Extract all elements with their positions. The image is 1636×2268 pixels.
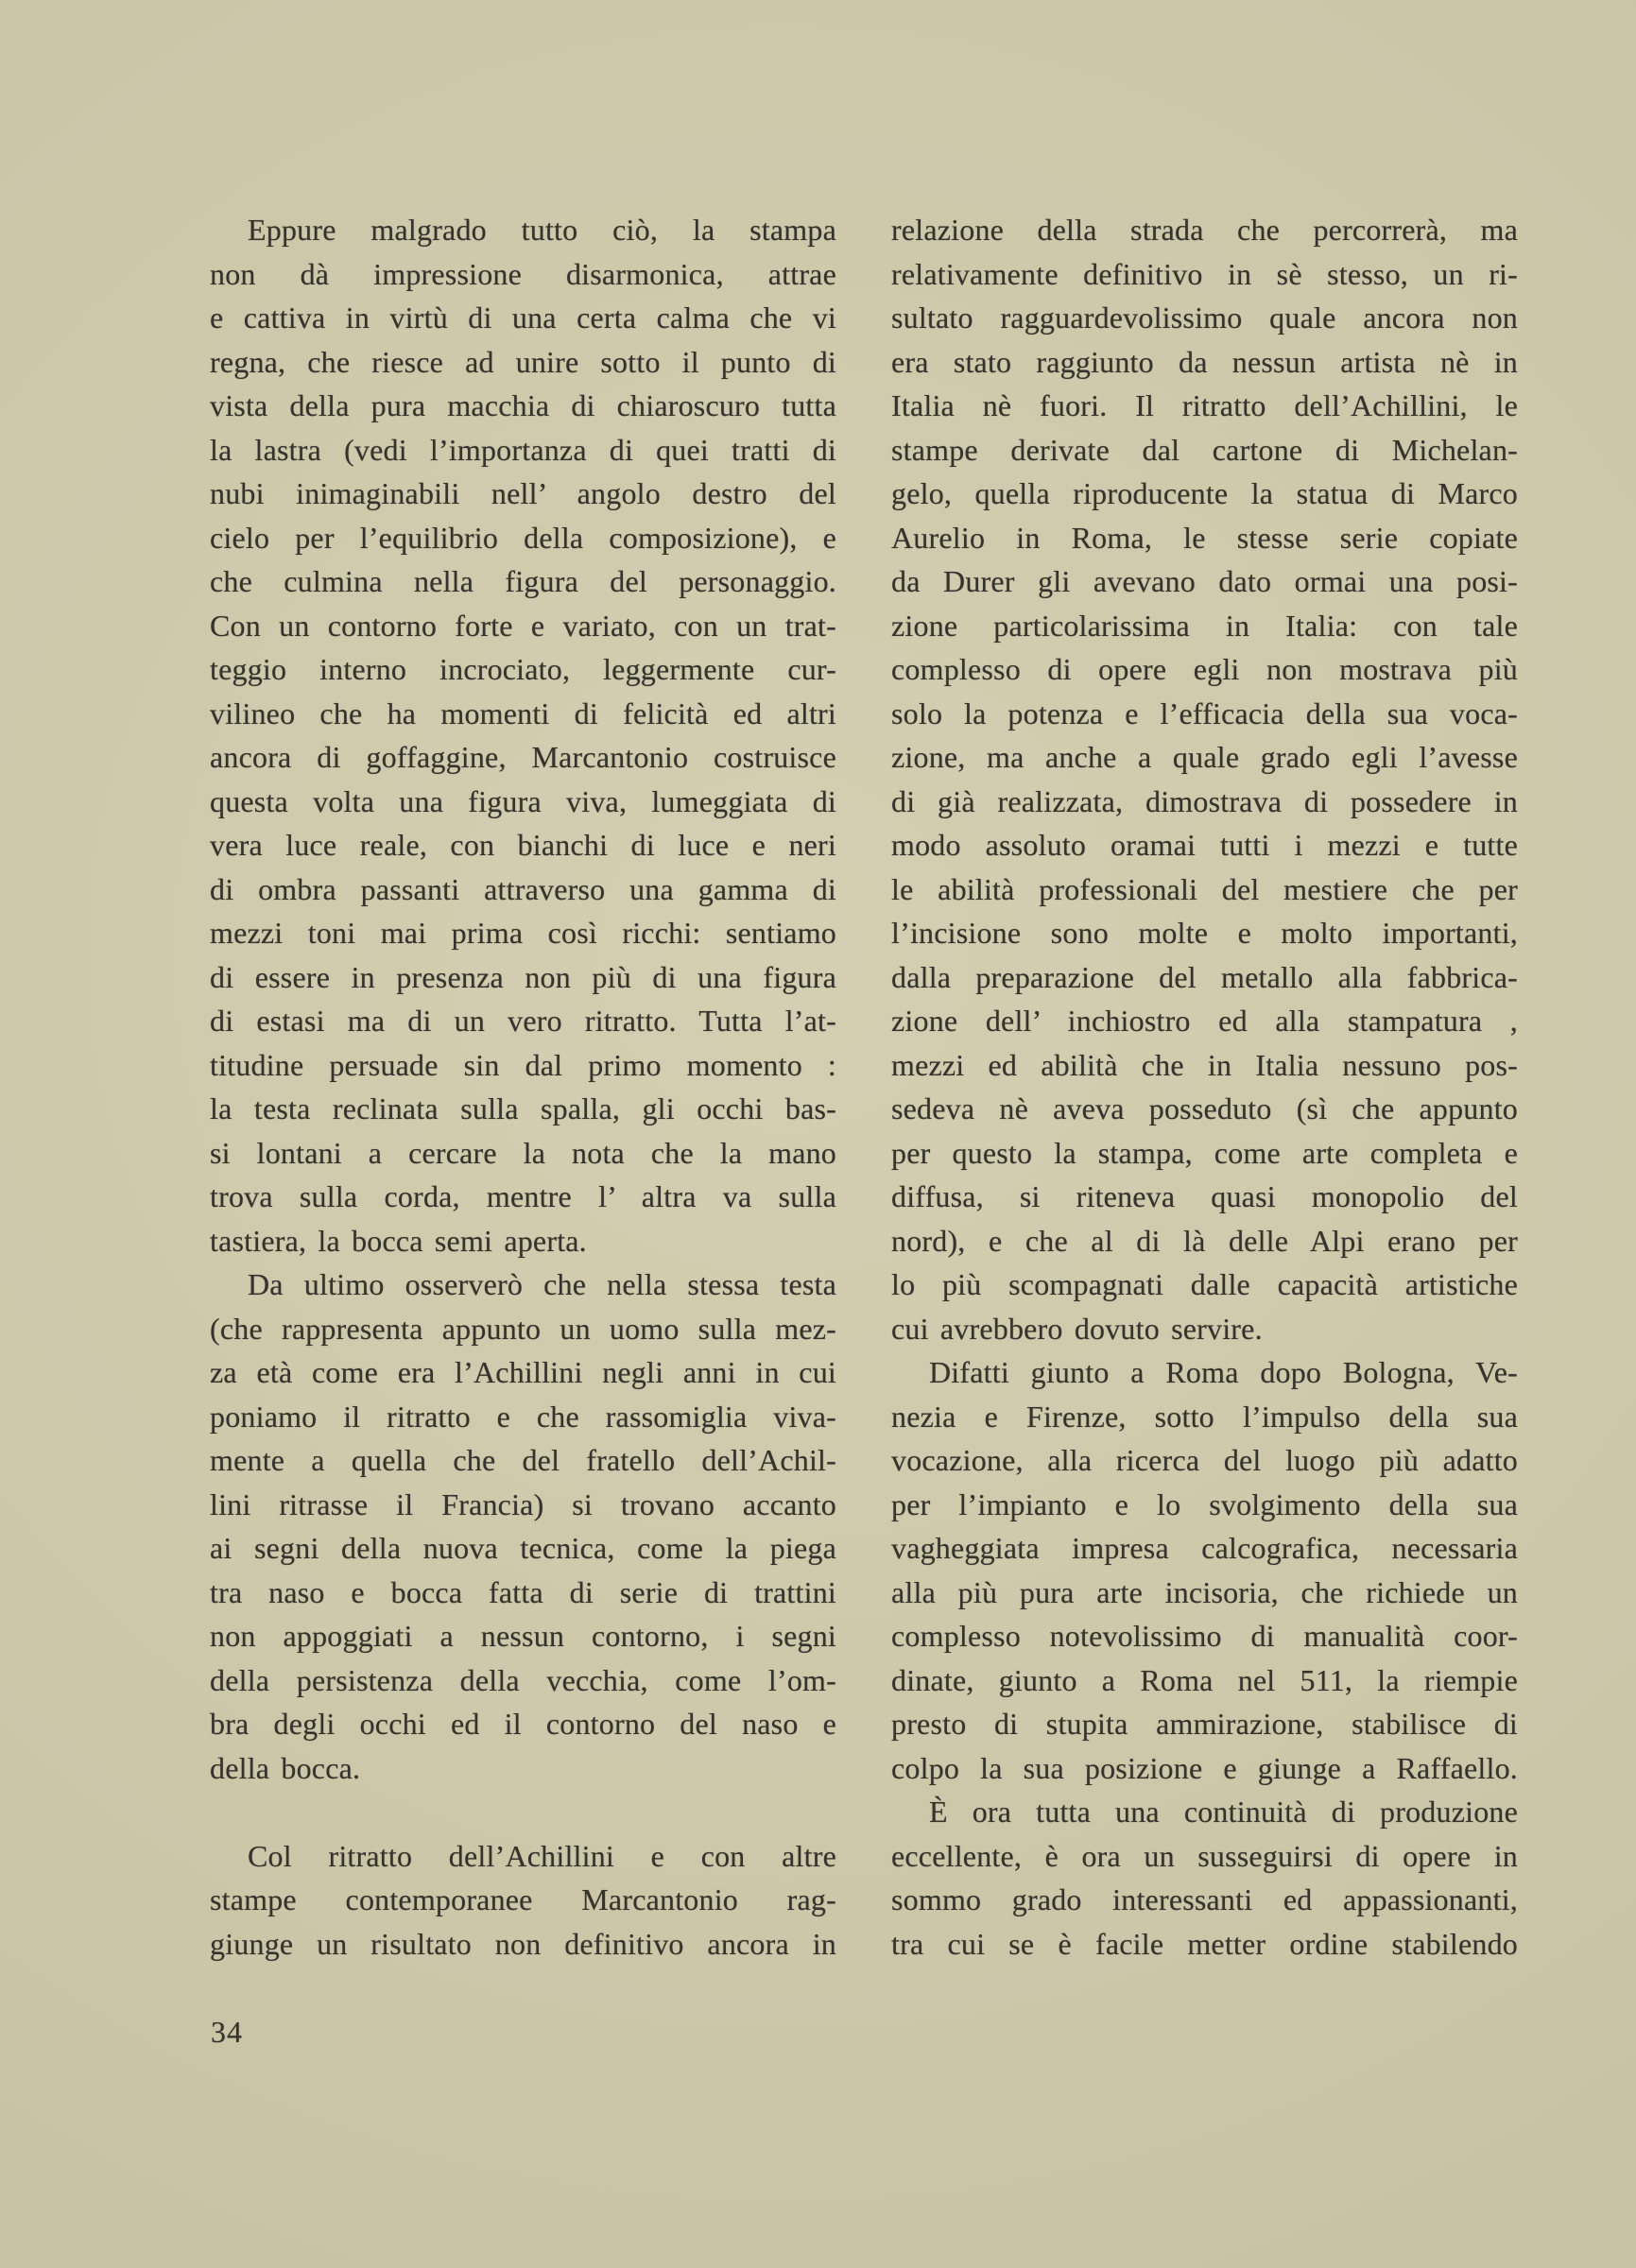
text-line: Da ultimo osserverò che nella stessa tes…: [210, 1263, 836, 1307]
text-line: complesso di opere egli non mostrava più: [891, 647, 1518, 692]
text-line: della bocca.: [210, 1746, 836, 1791]
text-line: cui avrebbero dovuto servire.: [891, 1307, 1518, 1351]
text-line: cielo per l’equilibrio della composizion…: [210, 516, 836, 560]
right-text-column: relazione della strada che percorrerà, m…: [891, 208, 1518, 1966]
text-line: diffusa, si riteneva quasi monopolio del: [891, 1175, 1518, 1219]
text-line: dinate, giunto a Roma nel 511, la riempi…: [891, 1658, 1518, 1703]
text-line: È ora tutta una continuità di produzione: [891, 1790, 1518, 1834]
text-line: bra degli occhi ed il contorno del naso …: [210, 1702, 836, 1746]
text-line: la testa reclinata sulla spalla, gli occ…: [210, 1087, 836, 1131]
text-line: nezia e Firenze, sotto l’impulso della s…: [891, 1395, 1518, 1439]
text-line: vocazione, alla ricerca del luogo più ad…: [891, 1438, 1518, 1483]
text-line: za età come era l’Achillini negli anni i…: [210, 1350, 836, 1395]
page-number: 34: [211, 2010, 243, 2054]
text-line: regna, che riesce ad unire sotto il punt…: [210, 340, 836, 385]
text-line: mezzi toni mai prima così ricchi: sentia…: [210, 911, 836, 955]
text-line: le abilità professionali del mestiere ch…: [891, 868, 1518, 912]
text-line: titudine persuade sin dal primo momento …: [210, 1043, 836, 1088]
text-line: Difatti giunto a Roma dopo Bologna, Ve-: [891, 1350, 1518, 1395]
text-line: Col ritratto dell’Achillini e con altre: [210, 1834, 836, 1879]
text-line: tra cui se è facile metter ordine stabil…: [891, 1922, 1518, 1967]
text-line: vagheggiata impresa calcografica, necess…: [891, 1526, 1518, 1571]
text-line: tastiera, la bocca semi aperta.: [210, 1219, 836, 1263]
text-line: poniamo il ritratto e che rassomiglia vi…: [210, 1395, 836, 1439]
text-line: da Durer gli avevano dato ormai una posi…: [891, 559, 1518, 604]
text-line: modo assoluto oramai tutti i mezzi e tut…: [891, 823, 1518, 868]
text-line: zione, ma anche a quale grado egli l’ave…: [891, 735, 1518, 780]
text-line: solo la potenza e l’efficacia della sua …: [891, 692, 1518, 736]
left-text-column: Eppure malgrado tutto ciò, la stampanon …: [210, 208, 836, 1966]
text-line: complesso notevolissimo di manualità coo…: [891, 1614, 1518, 1658]
text-line: sultato ragguardevolissimo quale ancora …: [891, 296, 1518, 340]
text-line: Con un contorno forte e variato, con un …: [210, 604, 836, 648]
text-line: ai segni della nuova tecnica, come la pi…: [210, 1526, 836, 1571]
text-line: ancora di goffaggine, Marcantonio costru…: [210, 735, 836, 780]
text-line: era stato raggiunto da nessun artista nè…: [891, 340, 1518, 385]
text-line: dalla preparazione del metallo alla fabb…: [891, 955, 1518, 1000]
text-line: e cattiva in virtù di una certa calma ch…: [210, 296, 836, 340]
text-line: relativamente definitivo in sè stesso, u…: [891, 252, 1518, 297]
text-line: di già realizzata, dimostrava di possede…: [891, 780, 1518, 824]
text-line: sedeva nè aveva posseduto (sì che appunt…: [891, 1087, 1518, 1131]
text-line: di ombra passanti attraverso una gamma d…: [210, 868, 836, 912]
text-line: eccellente, è ora un susseguirsi di oper…: [891, 1834, 1518, 1879]
text-line: Italia nè fuori. Il ritratto dell’Achill…: [891, 384, 1518, 428]
text-line: presto di stupita ammirazione, stabilisc…: [891, 1702, 1518, 1746]
text-line: questa volta una figura viva, lumeggiata…: [210, 780, 836, 824]
text-line: colpo la sua posizione e giunge a Raffae…: [891, 1746, 1518, 1791]
text-line: nord), e che al di là delle Alpi erano p…: [891, 1219, 1518, 1263]
text-line: che culmina nella figura del personaggio…: [210, 559, 836, 604]
text-line: si lontani a cercare la nota che la mano: [210, 1131, 836, 1176]
text-line: stampe contemporanee Marcantonio rag-: [210, 1878, 836, 1922]
text-line: sommo grado interessanti ed appassionant…: [891, 1878, 1518, 1922]
text-line: trova sulla corda, mentre l’ altra va su…: [210, 1175, 836, 1219]
text-line: di estasi ma di un vero ritratto. Tutta …: [210, 999, 836, 1043]
text-line: Aurelio in Roma, le stesse serie copiate: [891, 516, 1518, 560]
text-line: non dà impressione disarmonica, attrae: [210, 252, 836, 297]
text-line: non appoggiati a nessun contorno, i segn…: [210, 1614, 836, 1658]
text-line: per l’impianto e lo svolgimento della su…: [891, 1483, 1518, 1527]
text-line: teggio interno incrociato, leggermente c…: [210, 647, 836, 692]
text-line: vilineo che ha momenti di felicità ed al…: [210, 692, 836, 736]
text-line: di essere in presenza non più di una fig…: [210, 955, 836, 1000]
text-line: della persistenza della vecchia, come l’…: [210, 1658, 836, 1703]
text-line: la lastra (vedi l’importanza di quei tra…: [210, 428, 836, 472]
text-line: vera luce reale, con bianchi di luce e n…: [210, 823, 836, 868]
text-line: per questo la stampa, come arte completa…: [891, 1131, 1518, 1176]
text-line: mente a quella che del fratello dell’Ach…: [210, 1438, 836, 1483]
text-line: alla più pura arte incisoria, che richie…: [891, 1571, 1518, 1615]
text-line: stampe derivate dal cartone di Michelan-: [891, 428, 1518, 472]
text-line: vista della pura macchia di chiaroscuro …: [210, 384, 836, 428]
text-line: lo più scompagnati dalle capacità artist…: [891, 1263, 1518, 1307]
text-line: nubi inimaginabili nell’ angolo destro d…: [210, 472, 836, 516]
text-line: (che rappresenta appunto un uomo sulla m…: [210, 1307, 836, 1351]
book-page: Eppure malgrado tutto ciò, la stampanon …: [0, 0, 1636, 2268]
text-line: lini ritrasse il Francia) si trovano acc…: [210, 1483, 836, 1527]
text-line: Eppure malgrado tutto ciò, la stampa: [210, 208, 836, 252]
text-line: l’incisione sono molte e molto important…: [891, 911, 1518, 955]
text-line: zione particolarissima in Italia: con ta…: [891, 604, 1518, 648]
text-line: relazione della strada che percorrerà, m…: [891, 208, 1518, 252]
text-line: zione dell’ inchiostro ed alla stampatur…: [891, 999, 1518, 1043]
text-line: gelo, quella riproducente la statua di M…: [891, 472, 1518, 516]
text-line: tra naso e bocca fatta di serie di tratt…: [210, 1571, 836, 1615]
text-line: mezzi ed abilità che in Italia nessuno p…: [891, 1043, 1518, 1088]
text-line: giunge un risultato non definitivo ancor…: [210, 1922, 836, 1967]
